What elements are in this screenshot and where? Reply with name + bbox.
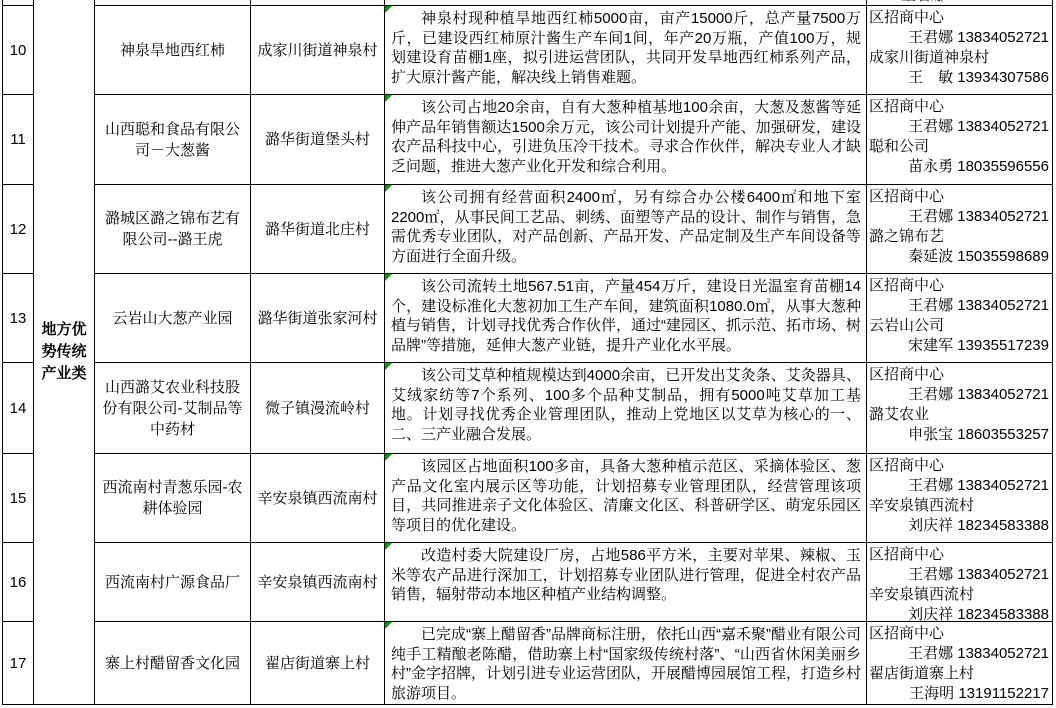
contact-org: 辛安泉镇西流村 [867, 496, 1052, 516]
project-name-cell: 神泉旱地西红柿 [95, 6, 251, 95]
contact-org: 潞艾农业 [867, 405, 1052, 425]
description-text: 该公司流转土地567.51亩，产量454万斤，建设日光温室育苗棚14个，建设标准… [385, 274, 866, 356]
project-name-cell: 西流南村青葱乐园-农耕体验园 [95, 454, 251, 543]
description-cell: 该公司占地20余亩，自有大葱种植基地100余亩，大葱及葱酱等延伸产品年销售额达1… [385, 95, 867, 185]
row-number-cell: 15 [2, 454, 34, 543]
contact-person: 王君娜 13834052721 [867, 28, 1052, 48]
description-text: 该公司拥有经营面积2400㎡，另有综合办公楼6400㎡和地下室2200㎡，从事民… [385, 185, 866, 267]
row-number-cell: 12 [2, 185, 34, 274]
location-cell: 潞华街道堡头村 [251, 95, 385, 185]
contact-cell: 区招商中心 王君娜 13834052721 潞之锦布艺 秦延波 15035598… [867, 185, 1053, 274]
row-number-cell: 17 [2, 622, 34, 705]
description-cell: 改造村委大院建设厂房，占地586平方米，主要对苹果、辣椒、玉米等农产品进行深加工… [385, 543, 867, 622]
location-cell: 成家川街道神泉村 [251, 6, 385, 95]
description-text: 改造村委大院建设厂房，占地586平方米，主要对苹果、辣椒、玉米等农产品进行深加工… [385, 543, 866, 606]
location-cell: 潞华街道张家河村 [251, 274, 385, 363]
project-name-cell: 云岩山大葱产业园 [95, 274, 251, 363]
contact-person: 苗永勇 18035596556 [867, 157, 1052, 177]
description-cell: 已完成“寨上醋留香”品牌商标注册，依托山西“嘉禾聚”醋业有限公司纯手工精酿老陈醋… [385, 622, 867, 705]
description-text: 该公司艾草种植规模达到4000余亩，已开发出艾灸条、艾灸器具、艾绒家纺等7个系列… [385, 363, 866, 445]
contact-org: 区招商中心 [867, 187, 1052, 207]
contact-org: 成家川街道神泉村 [867, 48, 1052, 68]
contact-cell: 区招商中心 王君娜 13834052721 聪和公司 苗永勇 180355965… [867, 95, 1053, 185]
contact-person: 王 敏 13934307586 [867, 68, 1052, 88]
contact-person: 王君娜 13834052721 [867, 644, 1052, 664]
row-number-cell: 11 [2, 95, 34, 185]
contact-org: 区招商中心 [867, 365, 1052, 385]
contact-person: 王君娜 13834052721 [867, 565, 1052, 585]
contact-person: 王君娜 13834052721 [867, 117, 1052, 137]
location-cell: 微子镇漫流岭村 [251, 363, 385, 454]
row-number-cell: 14 [2, 363, 34, 454]
contact-org: 区招商中心 [867, 624, 1052, 644]
clipped-text-fragment: 王君娜 13834052721 [867, 0, 1052, 5]
contact-cell: 区招商中心 王君娜 13834052721 成家川街道神泉村 王 敏 13934… [867, 6, 1053, 95]
contact-org: 区招商中心 [867, 545, 1052, 565]
contact-org: 区招商中心 [867, 8, 1052, 28]
project-name-cell: 西流南村广源食品厂 [95, 543, 251, 622]
project-name-cell: 寨上村醋留香文化园 [95, 622, 251, 705]
cell-flag-triangle [385, 543, 392, 550]
contact-cell: 区招商中心 王君娜 13834052721 云岩山公司 宋建军 13935517… [867, 274, 1053, 363]
contact-org: 辛安泉镇西流村 [867, 585, 1052, 605]
description-text: 该园区占地面积100多亩，具备大葱种植示范区、采摘体验区、葱产品文化室内展示区等… [385, 454, 866, 536]
location-cell: 辛安泉镇西流南村 [251, 543, 385, 622]
cell-flag-triangle [385, 622, 392, 629]
project-name-cell: 山西潞艾农业科技股份有限公司-艾制品等中药材 [95, 363, 251, 454]
cell-flag-triangle [385, 95, 392, 102]
cell-flag-triangle [385, 363, 392, 370]
contact-org: 区招商中心 [867, 456, 1052, 476]
description-text: 该公司占地20余亩，自有大葱种植基地100余亩，大葱及葱酱等延伸产品年销售额达1… [385, 95, 866, 177]
contact-person: 王君娜 13834052721 [867, 385, 1052, 405]
contact-cell: 区招商中心 王君娜 13834052721 潞艾农业 申张宝 186035532… [867, 363, 1053, 454]
contact-person: 王海明 13191152217 [867, 684, 1052, 704]
contact-person: 申张宝 18603553257 [867, 425, 1052, 445]
description-cell: 神泉村现种植旱地西红柿5000亩，亩产15000斤，总产量7500万斤，已建设西… [385, 6, 867, 95]
cell-flag-triangle [385, 274, 392, 281]
row-number-cell: 13 [2, 274, 34, 363]
contact-person: 王君娜 13834052721 [867, 296, 1052, 316]
contact-org: 区招商中心 [867, 276, 1052, 296]
contact-org: 潞之锦布艺 [867, 227, 1052, 247]
contact-org: 聪和公司 [867, 137, 1052, 157]
contact-cell: 区招商中心 王君娜 13834052721 翟店街道寨上村 王海明 131911… [867, 622, 1053, 705]
contact-org: 云岩山公司 [867, 316, 1052, 336]
contact-person: 刘庆祥 18234583388 [867, 605, 1052, 622]
description-cell: 该公司艾草种植规模达到4000余亩，已开发出艾灸条、艾灸器具、艾绒家纺等7个系列… [385, 363, 867, 454]
contact-person: 宋建军 13935517239 [867, 336, 1052, 356]
contact-org: 翟店街道寨上村 [867, 664, 1052, 684]
location-cell: 辛安泉镇西流南村 [251, 454, 385, 543]
contact-cell: 区招商中心 王君娜 13834052721 辛安泉镇西流村 刘庆祥 182345… [867, 454, 1053, 543]
description-cell: 该园区占地面积100多亩，具备大葱种植示范区、采摘体验区、葱产品文化室内展示区等… [385, 454, 867, 543]
project-name-cell: 山西聪和食品有限公司－大葱酱 [95, 95, 251, 185]
description-cell: 该公司拥有经营面积2400㎡，另有综合办公楼6400㎡和地下室2200㎡，从事民… [385, 185, 867, 274]
contact-person: 王君娜 13834052721 [867, 207, 1052, 227]
contact-person: 刘庆祥 18234583388 [867, 516, 1052, 536]
description-cell: 该公司流转土地567.51亩，产量454万斤，建设日光温室育苗棚14个，建设标准… [385, 274, 867, 363]
project-name-cell: 潞城区潞之锦布艺有限公司--潞王虎 [95, 185, 251, 274]
contact-org: 区招商中心 [867, 97, 1052, 117]
contact-person: 秦延波 15035598689 [867, 247, 1052, 267]
cell-flag-triangle [385, 6, 392, 13]
description-text: 已完成“寨上醋留香”品牌商标注册，依托山西“嘉禾聚”醋业有限公司纯手工精酿老陈醋… [385, 622, 866, 704]
category-cell: 地方优势传统产业类 [34, 0, 95, 705]
category-label: 地方优势传统产业类 [41, 319, 88, 385]
cell-flag-triangle [385, 185, 392, 192]
contact-person: 王君娜 13834052721 [867, 476, 1052, 496]
row-number-cell: 10 [2, 6, 34, 95]
cell-flag-triangle [385, 454, 392, 461]
location-cell: 翟店街道寨上村 [251, 622, 385, 705]
location-cell: 潞华街道北庄村 [251, 185, 385, 274]
projects-table: 王君娜 13834052721 地方优势传统产业类 10 神泉旱地西红柿 成家川… [2, 0, 1053, 708]
row-number-cell: 16 [2, 543, 34, 622]
description-text: 神泉村现种植旱地西红柿5000亩，亩产15000斤，总产量7500万斤，已建设西… [385, 6, 866, 88]
contact-cell: 区招商中心 王君娜 13834052721 辛安泉镇西流村 刘庆祥 182345… [867, 543, 1053, 622]
